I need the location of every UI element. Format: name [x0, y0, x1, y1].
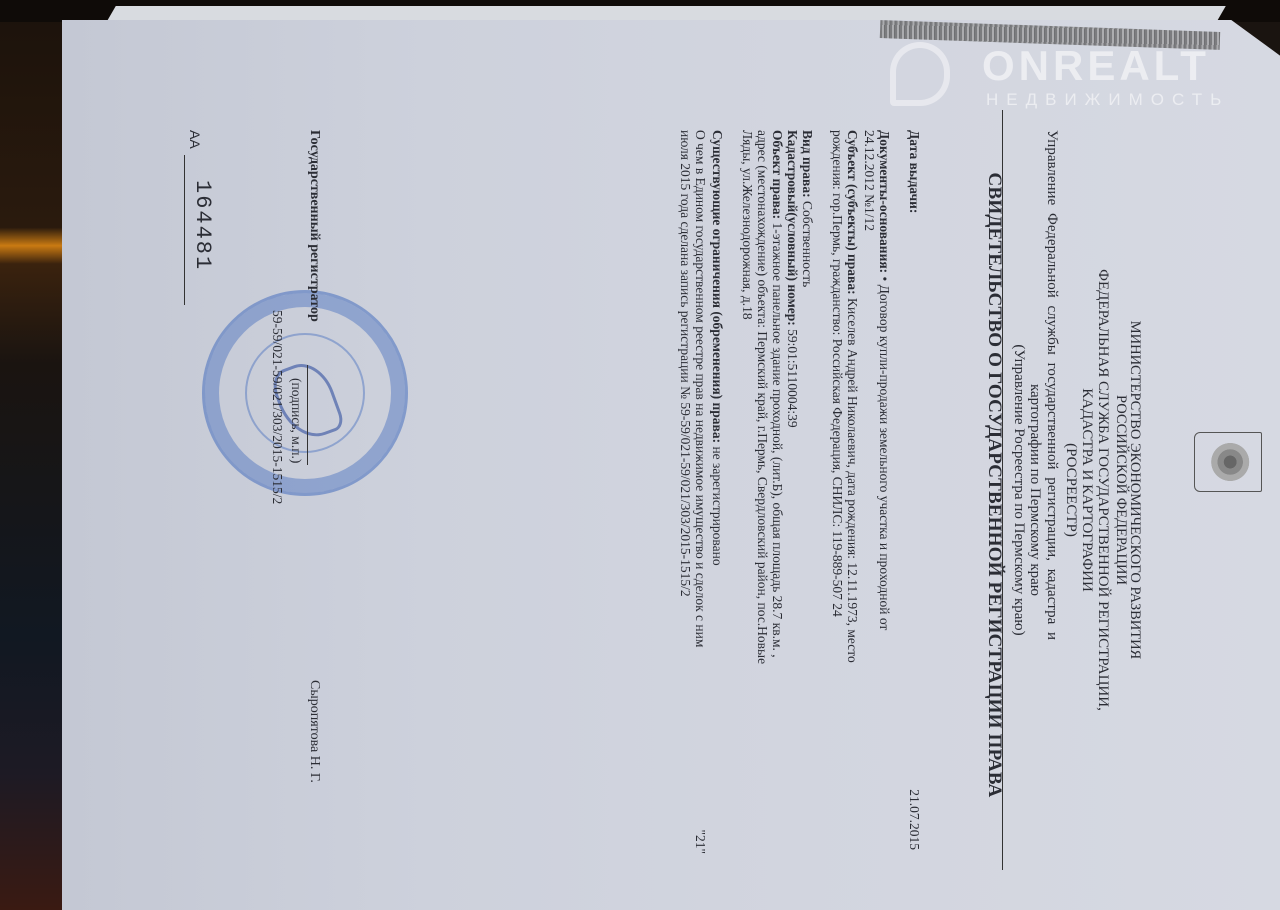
subject-row: Субъект (субъекты) права: Киселев Андрей…: [845, 130, 860, 870]
right-type-label: Вид права:: [800, 130, 815, 198]
record-line-1: О чем в Едином государственном реестре п…: [693, 130, 708, 647]
restrictions-label: Существующие ограничения (обременения) п…: [710, 130, 725, 443]
header-department: Управление Федеральной службы государств…: [1044, 130, 1059, 890]
restrictions-row: Существующие ограничения (обременения) п…: [710, 130, 725, 870]
basis-row: Документы-основания: • Договор купли-про…: [877, 130, 892, 870]
object-label: Объект права:: [770, 130, 785, 219]
subject-label: Субъект (субъекты) права:: [845, 130, 860, 295]
official-stamp: [202, 290, 408, 496]
subject-value: Киселев Андрей Николаевич, дата рождения…: [845, 298, 860, 663]
object-value-3: Ляды, ул.Железнодорожная, д.18: [740, 130, 755, 870]
registration-code: 59-59/021-59/021/303/2015-1515/2: [270, 310, 285, 504]
signature-note: (подпись, м.п.): [289, 378, 304, 463]
object-value-2: адрес (местонахождение) объекта: Пермски…: [755, 130, 770, 870]
signature-line: [307, 365, 308, 465]
eagle-icon: [1206, 442, 1250, 482]
registrar-label: Государственный регистратор: [307, 130, 322, 322]
record-day: "21": [693, 829, 708, 854]
object-value: 1-этажное панельное здание проходной, (л…: [770, 223, 785, 658]
serial-underline: [184, 155, 185, 305]
header-department-short: (Управление Росреестра по Пермскому краю…: [1011, 100, 1026, 880]
right-type: Собственность: [800, 201, 815, 287]
certificate-document: МИНИСТЕРСТВО ЭКОНОМИЧЕСКОГО РАЗВИТИЯ РОС…: [60, 100, 960, 880]
serial-number: 164481: [195, 180, 210, 271]
issue-date-row: Дата выдачи: 21.07.2015: [907, 130, 922, 870]
header-country: РОССИЙСКОЙ ФЕДЕРАЦИИ: [1113, 100, 1128, 880]
issue-date: 21.07.2015: [907, 789, 922, 850]
document-title: СВИДЕТЕЛЬСТВО О ГОСУДАРСТВЕННОЙ РЕГИСТРА…: [987, 100, 1002, 870]
header-ministry: МИНИСТЕРСТВО ЭКОНОМИЧЕСКОГО РАЗВИТИЯ: [1127, 100, 1142, 880]
header-service: ФЕДЕРАЛЬНАЯ СЛУЖБА ГОСУДАРСТВЕННОЙ РЕГИС…: [1095, 100, 1110, 880]
restrictions-value: не зарегистрировано: [710, 446, 725, 565]
cadastral-row: Кадастровый(условный) номер: 59:01:51100…: [785, 130, 800, 870]
header-rosreestr: (РОСРЕЕСТР): [1063, 100, 1078, 880]
basis-value: • Договор купли-продажи земельного участ…: [877, 277, 892, 631]
registrar-name: Сыропятова Н. Г.: [307, 680, 322, 783]
issue-date-label: Дата выдачи:: [907, 130, 922, 213]
header-department-2: картографии по Пермскому краю: [1027, 100, 1042, 880]
cadastral-label: Кадастровый(условный) номер:: [785, 130, 800, 326]
header-service-2: КАДАСТРА И КАРТОГРАФИИ: [1079, 100, 1094, 880]
basis-label: Документы-основания:: [877, 130, 892, 273]
record-line-2: июля 2015 года сделана запись регистраци…: [678, 130, 693, 870]
serial-series: АА: [187, 130, 202, 149]
cadastral-number: 59:01:5110004:39: [785, 329, 800, 428]
subject-value-2: рождения: гор.Пермь, гражданство: Россий…: [830, 130, 845, 870]
record-row: О чем в Едином государственном реестре п…: [693, 130, 708, 870]
object-row: Объект права: 1-этажное панельное здание…: [770, 130, 785, 870]
right-type-row: Вид права: Собственность: [800, 130, 815, 870]
coat-of-arms-icon: [1194, 432, 1262, 492]
basis-value-2: 24.12.2012 №1/12: [862, 130, 877, 870]
